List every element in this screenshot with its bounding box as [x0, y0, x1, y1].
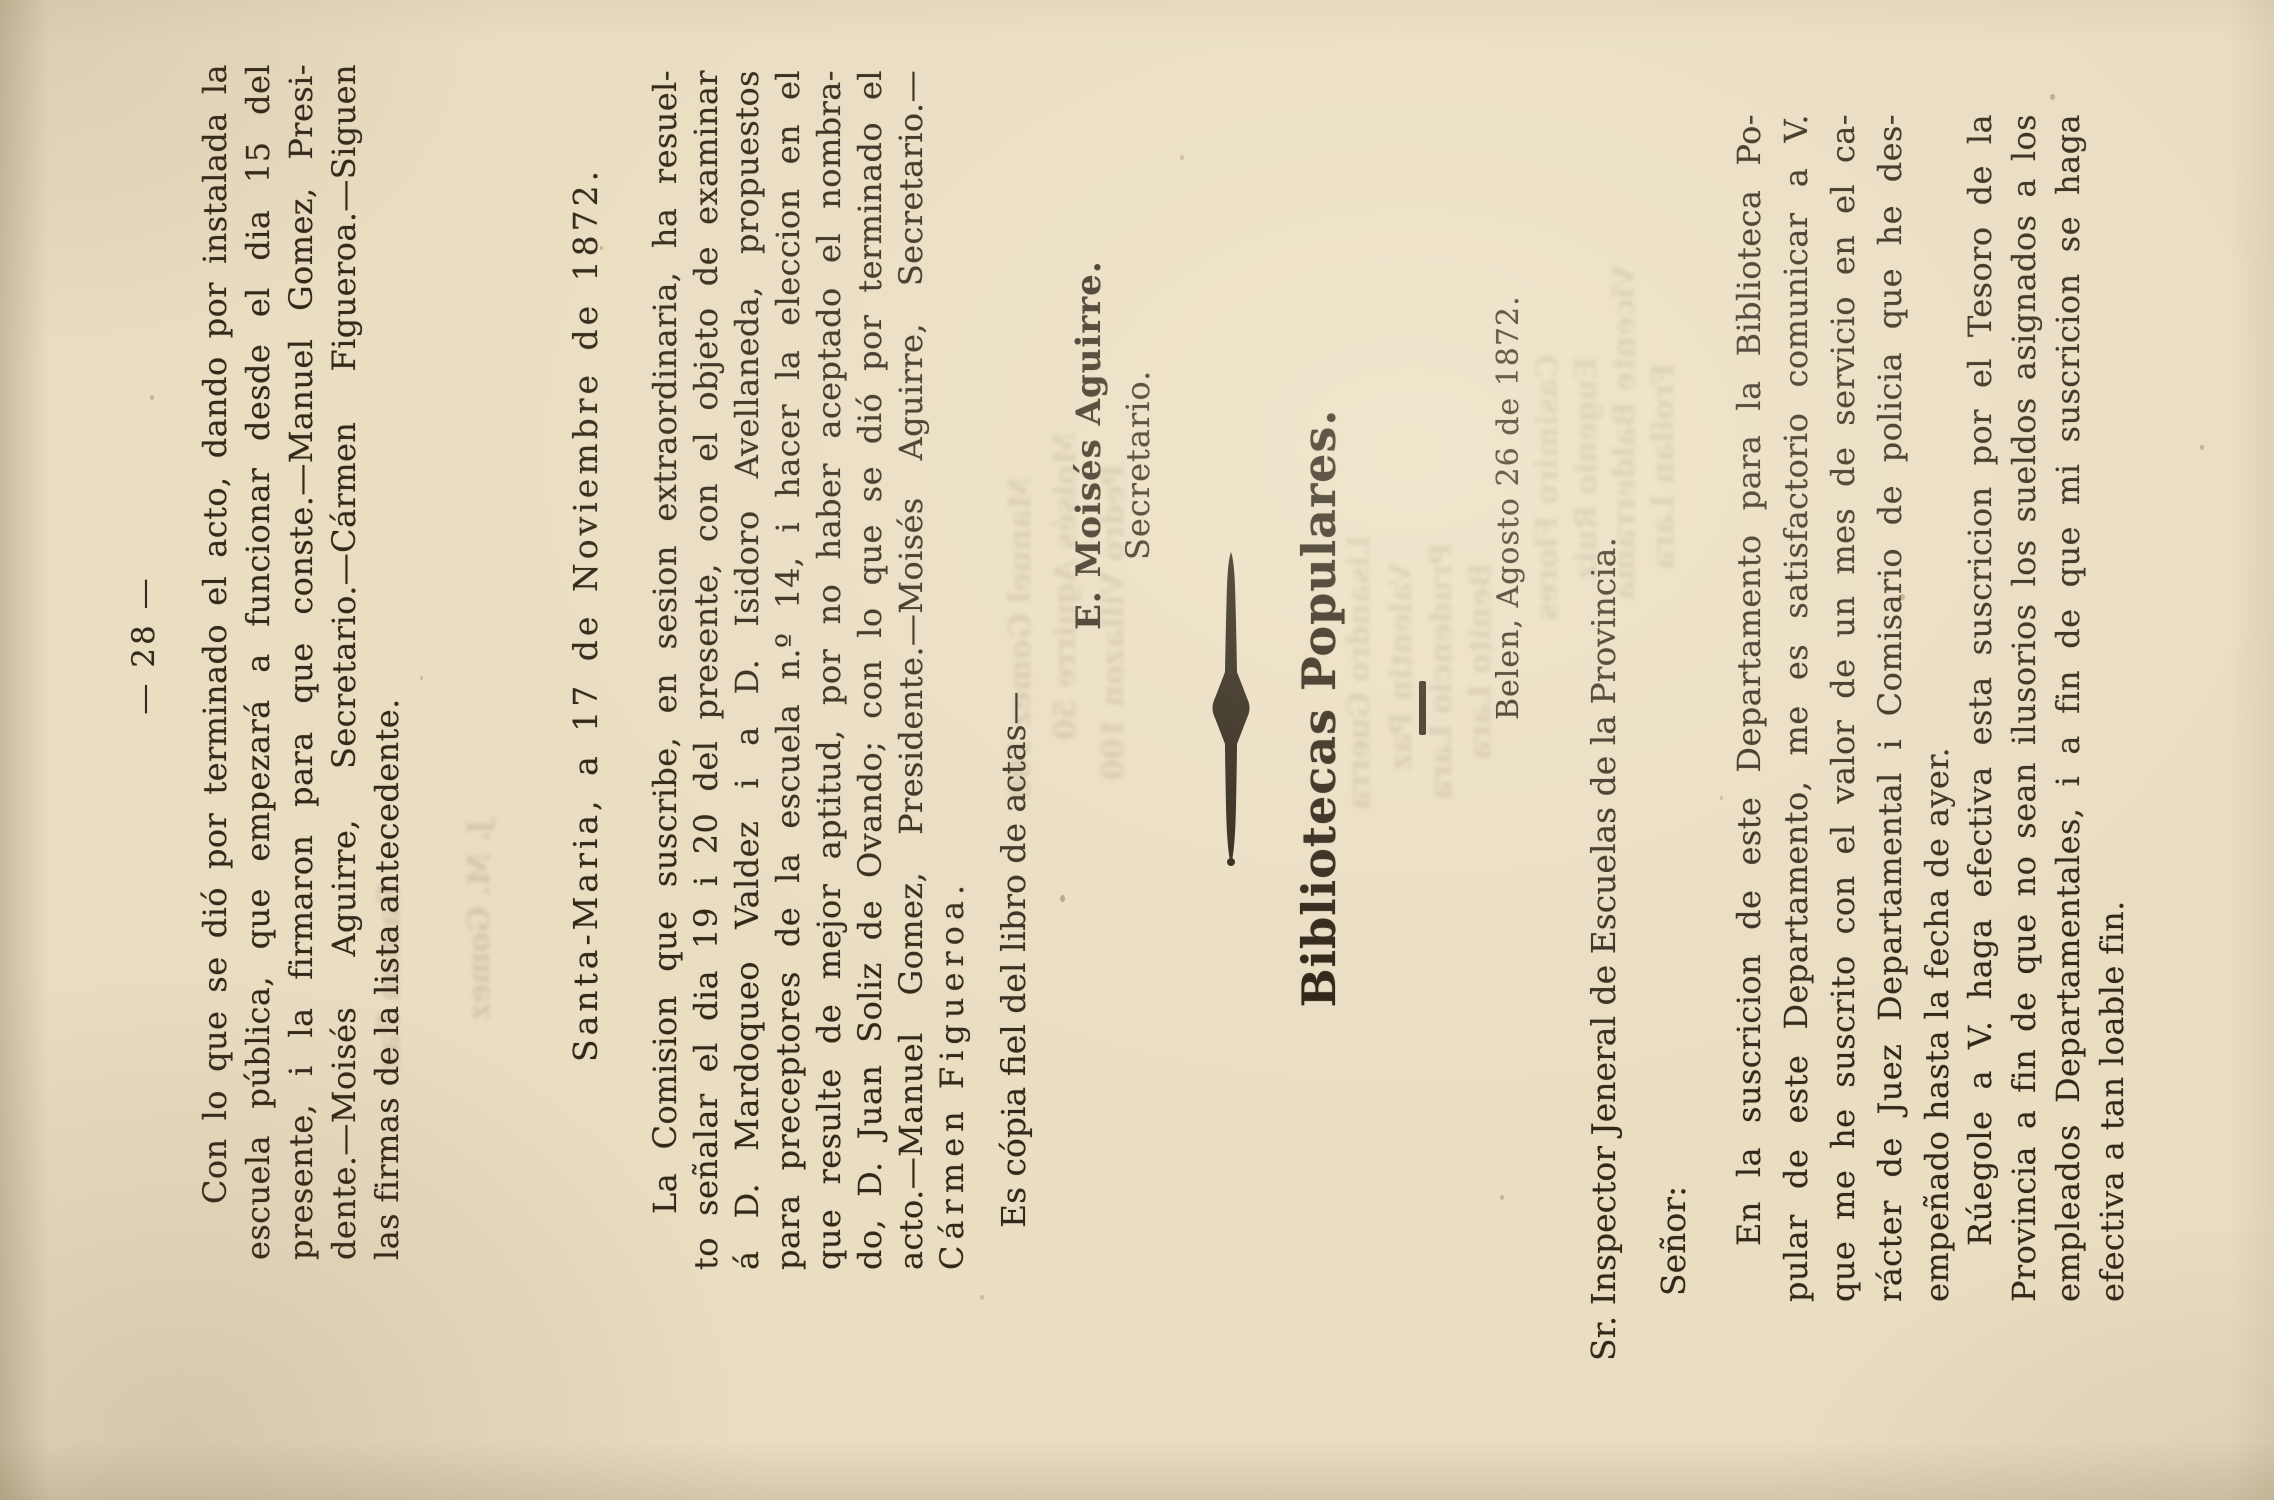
paper-speck	[1720, 796, 1723, 800]
paragraph-line: Con lo que se dió por terminado el acto,…	[194, 64, 237, 1260]
paragraph-line: presente, i la firmaron para que conste.…	[280, 64, 323, 1260]
paragraph-line: las firmas de la lista antecedente.	[366, 64, 409, 1260]
letter-paragraph-2: Rúegole a V. haga efectiva esta suscrici…	[1958, 114, 2134, 1302]
ghost-text: Casimiro Flores	[1530, 355, 1565, 621]
paragraph-line: á D. Mardoqueo Valdez i a D. Isidoro Ave…	[727, 70, 768, 1270]
paragraph-line: La Comision que suscribe, en sesion extr…	[645, 70, 686, 1270]
letter-dateline: Belen, Agosto 26 de 1872.	[1491, 295, 1526, 720]
addressee-line: Sr. Inspector Jeneral de Escuelas de la …	[1584, 537, 1623, 1361]
scanned-book-page: Manuel Gomez 100 Moisés Aguirre 50 Pedro…	[0, 0, 2274, 1500]
paragraph-line: Provincia a fin de que no sean ilusorios…	[2002, 114, 2046, 1302]
heading-rule	[1419, 681, 1426, 735]
paragraph-line: pular de este Departamento, me es satisf…	[1773, 114, 1820, 1302]
paper-speck	[2200, 445, 2204, 450]
paper-speck	[1180, 155, 1184, 160]
paragraph-line: escuela pública, que empezará a funciona…	[237, 64, 280, 1260]
page-number: — 28 —	[126, 560, 162, 730]
paragraph-line: efectiva a tan loable fin.	[2090, 114, 2134, 1302]
paper-speck	[1060, 895, 1065, 902]
paragraph-line: dente.—Moisés Aguirre, Secretario.—Cárme…	[323, 64, 366, 1260]
paper-speck	[600, 246, 603, 250]
paragraph-line: empeñado hasta la fecha de ayer.	[1914, 114, 1961, 1302]
paper-speck	[980, 1295, 984, 1300]
letter-paragraph-1: En la suscricion de este Departamento pa…	[1726, 114, 1961, 1302]
paper-speck	[1900, 594, 1905, 600]
copy-note: Es cópia fiel del libro de actas—	[994, 691, 1033, 1228]
swelled-rule-icon	[1211, 550, 1251, 866]
paragraph-line: En la suscricion de este Departamento pa…	[1726, 114, 1773, 1302]
ghost-text: J. M. Gomez	[462, 820, 497, 1020]
section-heading: Bibliotecas Populares.	[1292, 114, 1346, 1302]
ghost-text: Prudencio Lara	[1424, 542, 1459, 800]
salutation: Señor:	[1654, 1186, 1693, 1296]
paragraph-line: rácter de Juez Departamental i Comisario…	[1867, 114, 1914, 1302]
paper-speck	[700, 1096, 704, 1100]
acta-paragraph-1: Con lo que se dió por terminado el acto,…	[194, 64, 409, 1260]
paper-speck	[420, 676, 423, 680]
paper-speck	[150, 395, 154, 400]
ghost-text: Lisandro Guerra	[1342, 535, 1377, 810]
paragraph-line: que resulte de mejor aptitud, por no hab…	[809, 70, 850, 1270]
paragraph-line: do, D. Juan Soliz de Ovando; con lo que …	[850, 70, 891, 1270]
paper-speck	[2050, 94, 2055, 100]
paragraph-line: to señalar el dia 19 i 20 del presente, …	[686, 70, 727, 1270]
signature-line: Cármen Figueroa.	[932, 70, 973, 1270]
page-surface: Manuel Gomez 100 Moisés Aguirre 50 Pedro…	[0, 0, 2274, 1500]
signature-title: Secretario.	[1119, 370, 1157, 560]
paragraph-line: empleados Departamentales, i a fin de qu…	[2046, 114, 2090, 1302]
acta-paragraph-2: La Comision que suscribe, en sesion extr…	[645, 70, 973, 1270]
acta-dateline: Santa-Maria, a 17 de Noviembre de 1872.	[566, 167, 605, 1062]
paragraph-line: acto.—Manuel Gomez, Presidente.—Moisés A…	[891, 70, 932, 1270]
section-divider-ornament	[1211, 550, 1255, 866]
signature-name: E. Moisés Aguirre.	[1069, 260, 1109, 630]
heading-rule-wrap	[1419, 114, 1426, 1302]
paragraph-line: que me he suscrito con el valor de un me…	[1820, 114, 1867, 1302]
ghost-text: Froilan Lara	[1646, 363, 1681, 570]
paper-speck	[1500, 1195, 1504, 1200]
paragraph-line: para preceptores de la escuela n.º 14, i…	[768, 70, 809, 1270]
ghost-text: Valentin Paz	[1384, 562, 1419, 770]
paragraph-line: Rúegole a V. haga efectiva esta suscrici…	[1958, 114, 2002, 1302]
